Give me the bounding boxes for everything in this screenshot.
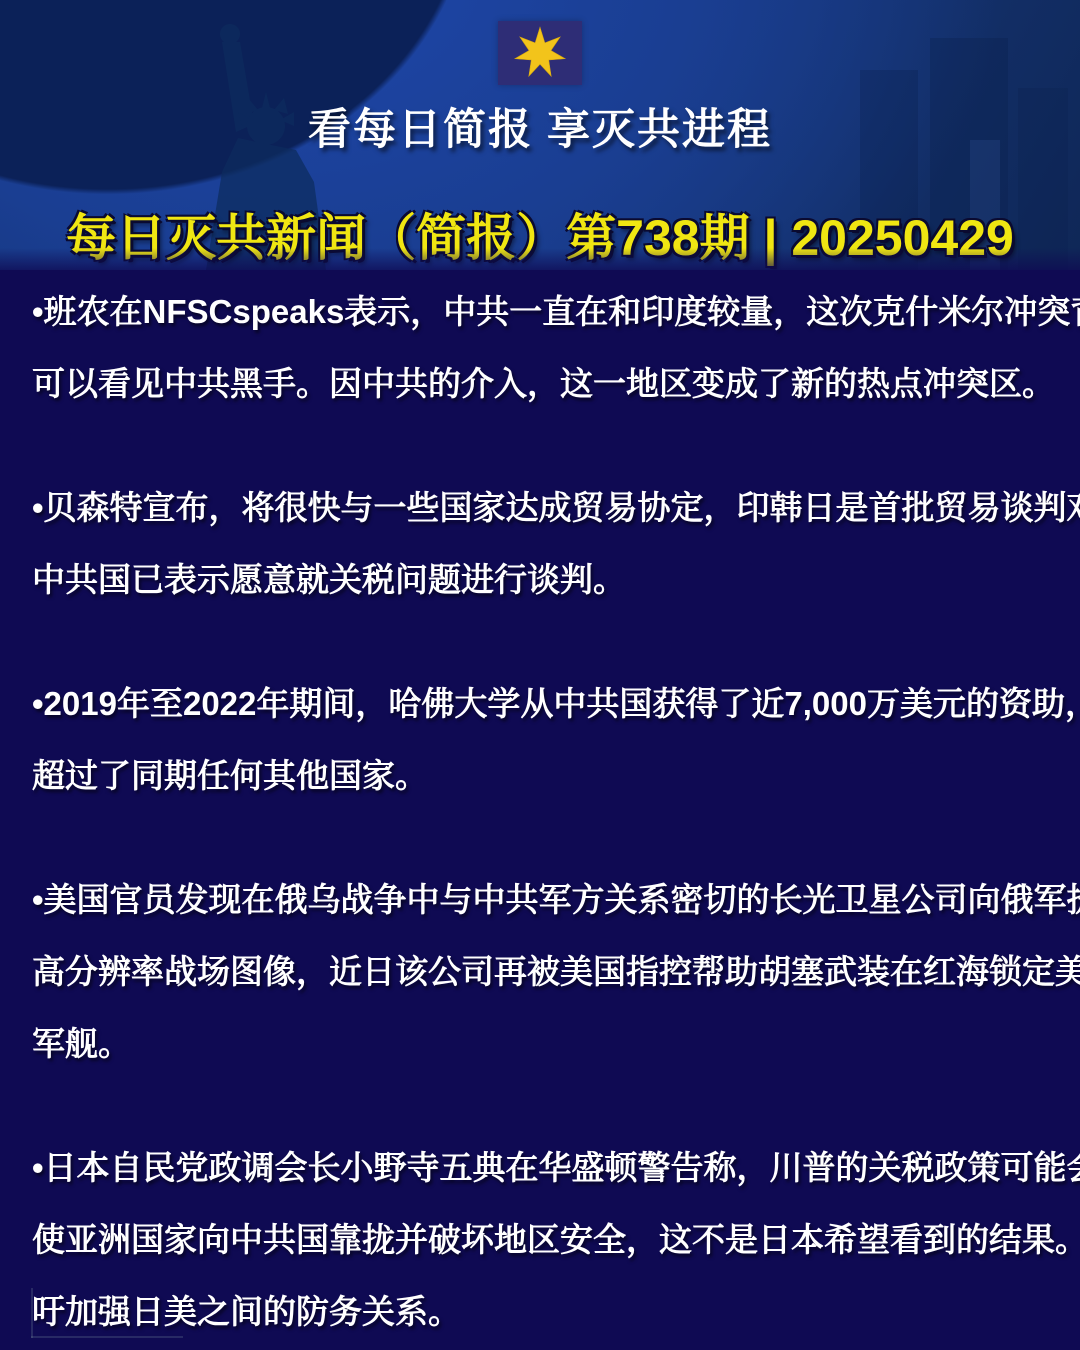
news-list: •班农在NFSCspeaks表示，中共一直在和印度较量，这次克什米尔冲突背后可以… <box>0 270 1080 1350</box>
news-line: 超过了同期任何其他国家。 <box>32 740 1056 812</box>
star-badge <box>498 21 582 85</box>
news-line: 军舰。 <box>32 1008 1056 1080</box>
news-line: •日本自民党政调会长小野寺五典在华盛顿警告称，川普的关税政策可能会促 <box>32 1132 1056 1204</box>
news-line: •2019年至2022年期间，哈佛大学从中共国获得了近7,000万美元的资助， <box>32 668 1056 740</box>
news-line: 高分辨率战场图像，近日该公司再被美国指控帮助胡塞武装在红海锁定美国 <box>32 936 1056 1008</box>
news-line: 吁加强日美之间的防务关系。 <box>32 1276 1056 1348</box>
news-line: •贝森特宣布，将很快与一些国家达成贸易协定，印韩日是首批贸易谈判对象。 <box>32 472 1056 544</box>
news-line: 中共国已表示愿意就关税问题进行谈判。 <box>32 544 1056 616</box>
news-line: •班农在NFSCspeaks表示，中共一直在和印度较量，这次克什米尔冲突背后 <box>32 276 1056 348</box>
watermark-ghost-line-vertical <box>31 1288 33 1338</box>
news-line: 可以看见中共黑手。因中共的介入，这一地区变成了新的热点冲突区。 <box>32 348 1056 420</box>
news-paragraph: •2019年至2022年期间，哈佛大学从中共国获得了近7,000万美元的资助，超… <box>32 668 1056 812</box>
header-banner: 看每日简报 享灭共进程 每日灭共新闻（简报）第738期 | 20250429 <box>0 0 1080 270</box>
seven-pointed-star-icon <box>512 25 568 81</box>
header-fade-divider <box>0 248 1080 270</box>
news-line: 使亚洲国家向中共国靠拢并破坏地区安全，这不是日本希望看到的结果。他呼 <box>32 1204 1056 1276</box>
watermark-ghost-line-horizontal <box>31 1336 183 1338</box>
news-paragraph: •日本自民党政调会长小野寺五典在华盛顿警告称，川普的关税政策可能会促使亚洲国家向… <box>32 1132 1056 1348</box>
news-paragraph: •班农在NFSCspeaks表示，中共一直在和印度较量，这次克什米尔冲突背后可以… <box>32 276 1056 420</box>
header-tagline: 看每日简报 享灭共进程 <box>0 96 1080 157</box>
news-line: •美国官员发现在俄乌战争中与中共军方关系密切的长光卫星公司向俄军提供 <box>32 864 1056 936</box>
news-paragraph: •美国官员发现在俄乌战争中与中共军方关系密切的长光卫星公司向俄军提供高分辨率战场… <box>32 864 1056 1080</box>
news-paragraph: •贝森特宣布，将很快与一些国家达成贸易协定，印韩日是首批贸易谈判对象。中共国已表… <box>32 472 1056 616</box>
